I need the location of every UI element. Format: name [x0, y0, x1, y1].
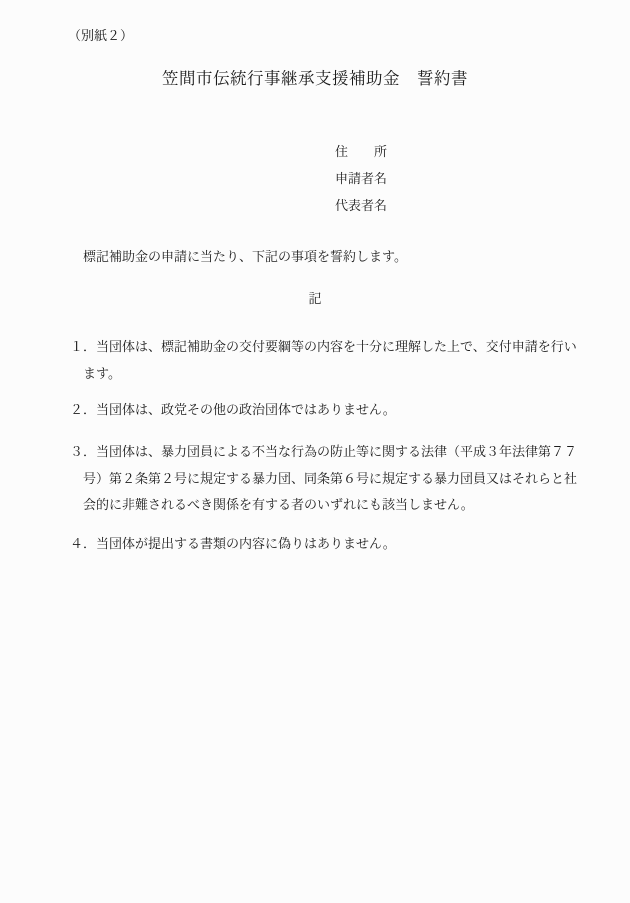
- pledge-item-3: ３．当団体は、暴力団員による不当な行為の防止等に関する法律（平成３年法律第７７ …: [70, 439, 580, 519]
- document-title: 笠間市伝統行事継承支援補助金 誓約書: [0, 68, 630, 90]
- applicant-name-label: 申請者名: [335, 165, 387, 192]
- document-page: （別紙２） 笠間市伝統行事継承支援補助金 誓約書 住 所 申請者名 代表者名 標…: [0, 0, 630, 903]
- applicant-block: 住 所 申請者名 代表者名: [335, 138, 387, 219]
- address-label: 住 所: [335, 138, 387, 165]
- pledge-item-2: ２．当団体は、政党その他の政治団体ではありません。: [70, 397, 580, 424]
- pledge-item-1: １．当団体は、標記補助金の交付要綱等の内容を十分に理解した上で、交付申請を行い …: [70, 334, 580, 387]
- pledge-item-4: ４．当団体が提出する書類の内容に偽りはありません。: [70, 531, 580, 558]
- notation-heading: 記: [0, 289, 630, 309]
- representative-name-label: 代表者名: [335, 192, 387, 219]
- pledge-intro: 標記補助金の申請に当たり、下記の事項を誓約します。: [70, 247, 407, 267]
- attachment-note: （別紙２）: [68, 27, 133, 45]
